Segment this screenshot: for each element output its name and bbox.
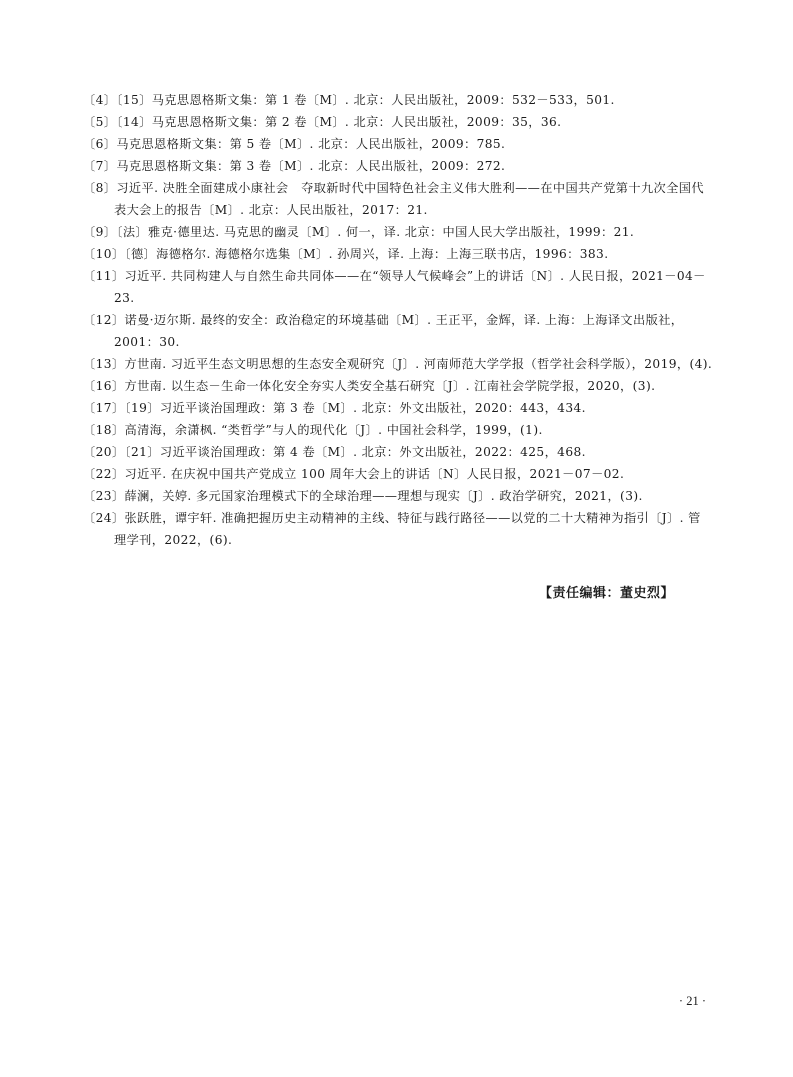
reference-item: 〔7〕马克思恩格斯文集：第 3 卷〔M〕. 北京：人民出版社，2009：272. <box>83 155 713 177</box>
reference-item: 〔13〕方世南. 习近平生态文明思想的生态安全观研究〔J〕. 河南师范大学学报（… <box>83 353 713 375</box>
responsible-editor-note: 【责任编辑：董史烈】 <box>539 582 674 601</box>
reference-item: 〔24〕张跃胜，谭宇轩. 准确把握历史主动精神的主线、特征与践行路径——以党的二… <box>83 507 713 551</box>
reference-item: 〔5〕〔14〕马克思恩格斯文集：第 2 卷〔M〕. 北京：人民出版社，2009：… <box>83 111 713 133</box>
page-number: · 21 · <box>0 994 706 1009</box>
reference-item: 〔6〕马克思恩格斯文集：第 5 卷〔M〕. 北京：人民出版社，2009：785. <box>83 133 713 155</box>
reference-item: 〔12〕诺曼·迈尔斯. 最终的安全：政治稳定的环境基础〔M〕. 王正平，金辉，译… <box>83 309 713 353</box>
reference-item: 〔8〕习近平. 决胜全面建成小康社会 夺取新时代中国特色社会主义伟大胜利——在中… <box>83 177 713 221</box>
reference-item: 〔18〕高清海，余潇枫. “类哲学”与人的现代化〔J〕. 中国社会科学，1999… <box>83 419 713 441</box>
reference-item: 〔23〕薛澜，关婷. 多元国家治理模式下的全球治理——理想与现实〔J〕. 政治学… <box>83 485 713 507</box>
reference-item: 〔17〕〔19〕习近平谈治国理政：第 3 卷〔M〕. 北京：外文出版社，2020… <box>83 397 713 419</box>
reference-list: 〔4〕〔15〕马克思恩格斯文集：第 1 卷〔M〕. 北京：人民出版社，2009：… <box>83 89 713 551</box>
reference-item: 〔11〕习近平. 共同构建人与自然生命共同体——在“领导人气候峰会”上的讲话〔N… <box>83 265 713 309</box>
reference-item: 〔16〕方世南. 以生态－生命一体化安全夯实人类安全基石研究〔J〕. 江南社会学… <box>83 375 713 397</box>
reference-item: 〔22〕习近平. 在庆祝中国共产党成立 100 周年大会上的讲话〔N〕人民日报，… <box>83 463 713 485</box>
reference-item: 〔20〕〔21〕习近平谈治国理政：第 4 卷〔M〕. 北京：外文出版社，2022… <box>83 441 713 463</box>
reference-item: 〔10〕〔德〕海德格尔. 海德格尔选集〔M〕. 孙周兴，译. 上海：上海三联书店… <box>83 243 713 265</box>
reference-item: 〔9〕〔法〕雅克·德里达. 马克思的幽灵〔M〕. 何一，译. 北京：中国人民大学… <box>83 221 713 243</box>
reference-item: 〔4〕〔15〕马克思恩格斯文集：第 1 卷〔M〕. 北京：人民出版社，2009：… <box>83 89 713 111</box>
